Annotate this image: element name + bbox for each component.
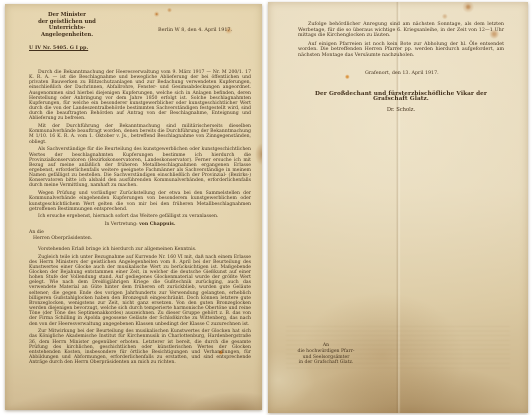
address-line: in der Grafschaft Glatz. <box>288 360 364 366</box>
signature-line: In Vertretung: von Chappuis. <box>29 222 251 227</box>
address-block: An dieHerren Oberpräsidenten. <box>29 230 251 240</box>
signature-name: von Chappuis. <box>139 222 175 227</box>
paragraph: Als Sachverständige für die Beurteilung … <box>29 147 251 188</box>
paragraph: Ich ersuche ergebenst, hiernach sofort d… <box>29 214 251 219</box>
recipient-address-block: An die hochwürdigen Pfarr- und Seelsorgs… <box>288 343 364 366</box>
right-page-scan: Zufolge behördlicher Anregung sind am nä… <box>268 2 528 413</box>
paragraph: Vorstehenden Erlaß bringe ich hierdurch … <box>29 247 251 252</box>
sender-block: Der Minister der geistlichen und Unterri… <box>29 12 105 38</box>
paragraph: Auf einigen Pfarreien ist noch kein Bote… <box>298 42 504 59</box>
paragraph: Zufolge behördlicher Anregung sind am nä… <box>298 22 504 39</box>
sender-line: Der Minister <box>29 12 105 19</box>
paragraph: Wegen Prüfung und vorläufiger Zurückstel… <box>29 191 251 212</box>
sender-line: Angelegenheiten. <box>29 32 105 39</box>
dateline-grafenort: Grafenort, den 13. April 1917. <box>298 71 504 77</box>
paragraph: Durch die Bekanntmachung der Heeresverwa… <box>29 70 251 122</box>
signature-dr-scholz: Dr. Scholz. <box>298 108 504 114</box>
sender-line: der geistlichen und Unterrichts- <box>29 19 105 32</box>
issuer-heading: Der Großdechant und fürsterzbischöfliche… <box>298 92 504 103</box>
left-page-scan: Der Minister der geistlichen und Unterri… <box>5 4 262 410</box>
dateline-berlin: Berlin W 8, den 4. April 1917. <box>158 27 232 33</box>
file-reference: U IV Nr. 5405. G I pp. <box>29 45 88 51</box>
right-page-body: Zufolge behördlicher Anregung sind am nä… <box>298 22 504 113</box>
signature-prefix: In Vertretung: <box>105 222 138 227</box>
address-line: die hochwürdigen Pfarr- <box>288 349 364 355</box>
paragraph: Mit der Durchführung der Bekanntmachung … <box>29 124 251 145</box>
paragraph: Zur Mitwirkung bei der Beurteilung des m… <box>29 329 251 365</box>
paragraph: Zugleich teile ich unter Bezugnahme auf … <box>29 255 251 327</box>
left-page-body: Durch die Bekanntmachung der Heeresverwa… <box>29 70 251 368</box>
address-line: Herren Oberpräsidenten. <box>29 236 251 241</box>
